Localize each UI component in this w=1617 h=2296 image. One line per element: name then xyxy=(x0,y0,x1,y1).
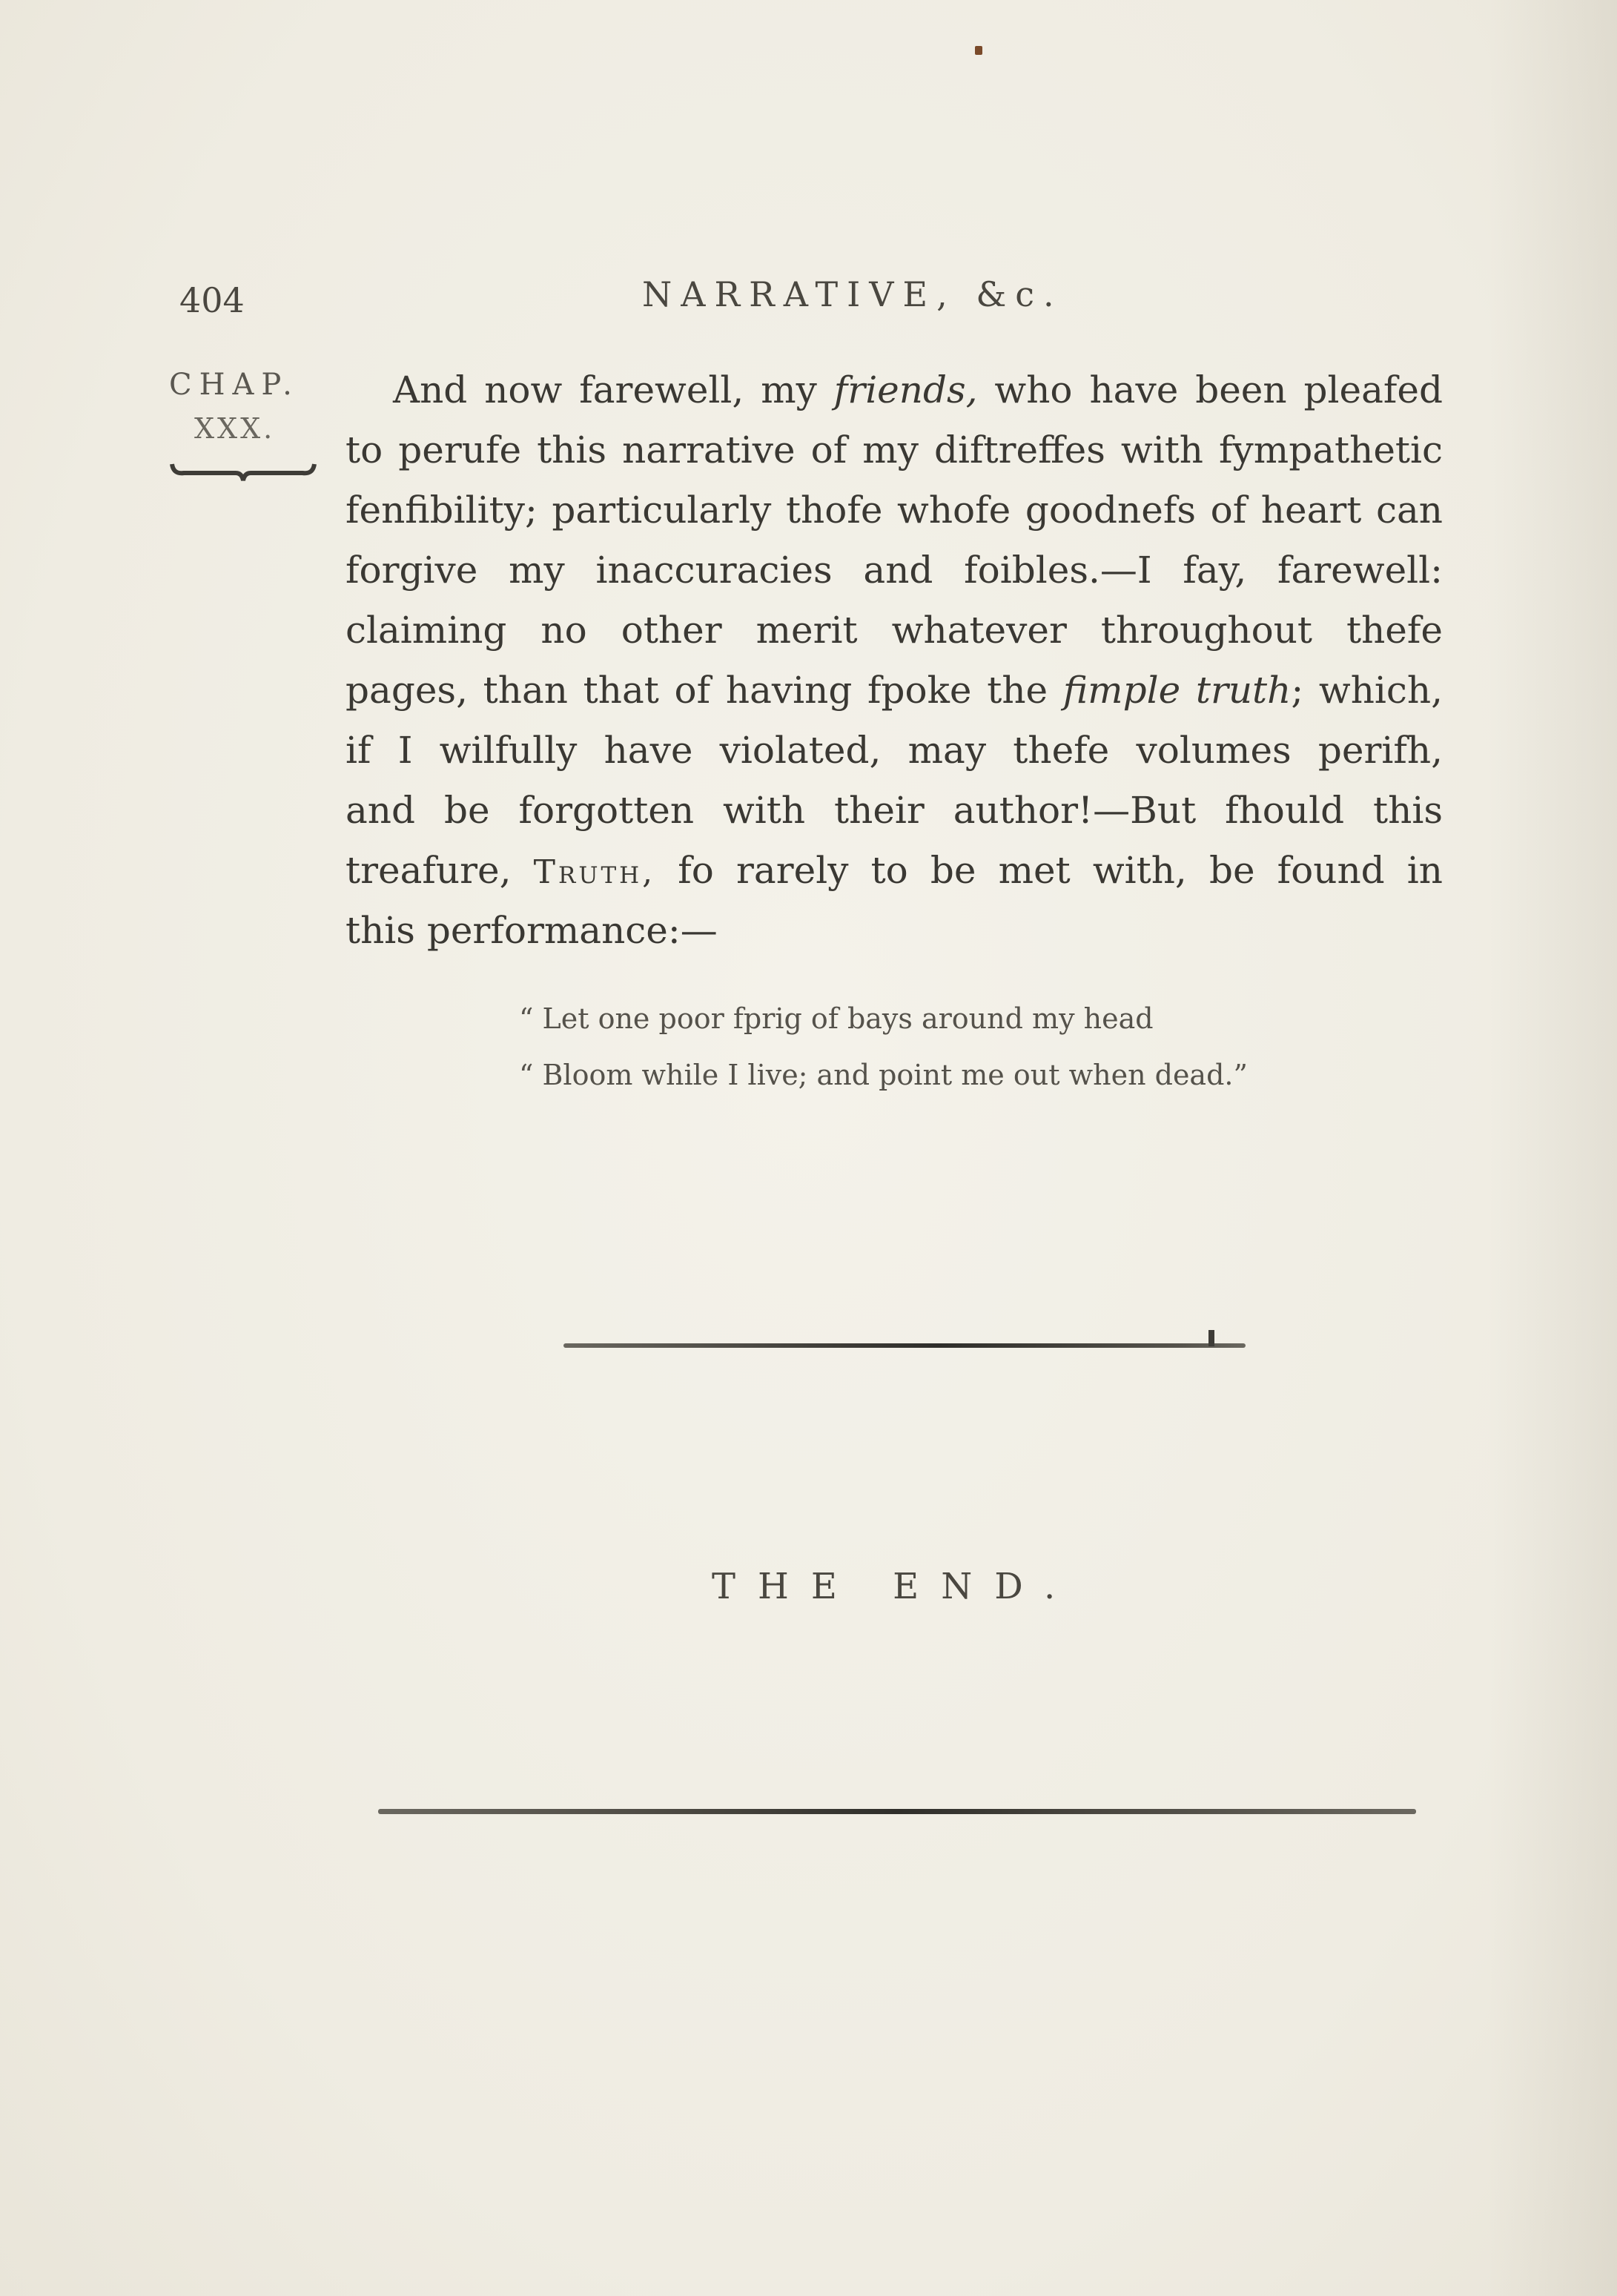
decorative-rule xyxy=(563,1343,1246,1348)
body-line: if I wilfully have violated, may thefe v… xyxy=(345,721,1443,781)
decorative-rule xyxy=(378,1809,1416,1814)
body-line: claiming no other merit whatever through… xyxy=(345,601,1443,661)
body-line: to perufe this narrative of my diftreffe… xyxy=(345,420,1443,480)
body-line: treafure, Truth, fo rarely to be met wit… xyxy=(345,841,1443,901)
brace-ornament-icon xyxy=(169,461,317,482)
chapter-number: XXX. xyxy=(194,412,275,445)
body-line: this performance:— xyxy=(345,901,1443,961)
verse-line: “ Let one poor fprig of bays around my h… xyxy=(519,1002,1154,1035)
ink-spot xyxy=(975,46,982,55)
running-head: NARRATIVE, &c. xyxy=(642,274,1063,314)
body-line: pages, than that of having fpoke the fim… xyxy=(345,661,1443,721)
body-line: fenfibility; particularly thofe whofe go… xyxy=(345,480,1443,540)
chapter-label: CHAP. xyxy=(169,368,300,402)
book-page: 404 NARRATIVE, &c. CHAP. XXX. And now fa… xyxy=(0,0,1617,2296)
verse-line: “ Bloom while I live; and point me out w… xyxy=(519,1059,1248,1091)
page-number: 404 xyxy=(179,280,245,320)
body-line: forgive my inaccuracies and foibles.—I f… xyxy=(345,540,1443,601)
body-line: And now farewell, my friends, who have b… xyxy=(345,360,1443,420)
rule-ornament-icon xyxy=(1208,1330,1214,1346)
body-line: and be forgotten with their author!—But … xyxy=(345,781,1443,841)
body-paragraph: And now farewell, my friends, who have b… xyxy=(345,360,1443,961)
the-end-heading: THE END. xyxy=(712,1566,1077,1607)
